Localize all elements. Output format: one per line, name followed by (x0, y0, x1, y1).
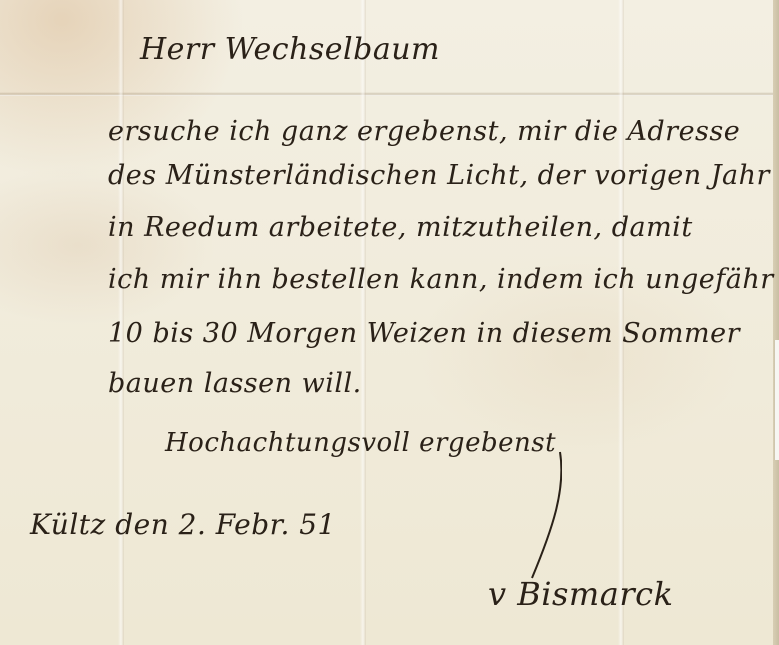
closing-bracket-stroke (522, 450, 562, 580)
body-line: in Reedum arbeitete, mitzutheilen, damit (108, 212, 693, 243)
place-date: Kültz den 2. Febr. 51 (30, 508, 336, 541)
signature: v Bismarck (488, 575, 673, 613)
body-line: bauen lassen will. (108, 368, 362, 399)
body-line: ersuche ich ganz ergebenst, mir die Adre… (108, 116, 740, 147)
closing: Hochachtungsvoll ergebenst (165, 428, 556, 458)
body-line: 10 bis 30 Morgen Weizen in diesem Sommer (108, 318, 740, 349)
body-line: des Münsterländischen Licht, der vorigen… (108, 160, 770, 191)
salutation: Herr Wechselbaum (140, 32, 440, 67)
paper-edge-inset (774, 340, 779, 460)
paper-edge (773, 0, 779, 645)
horizontal-fold-crease (0, 92, 773, 96)
body-line: ich mir ihn bestellen kann, indem ich un… (108, 264, 774, 295)
